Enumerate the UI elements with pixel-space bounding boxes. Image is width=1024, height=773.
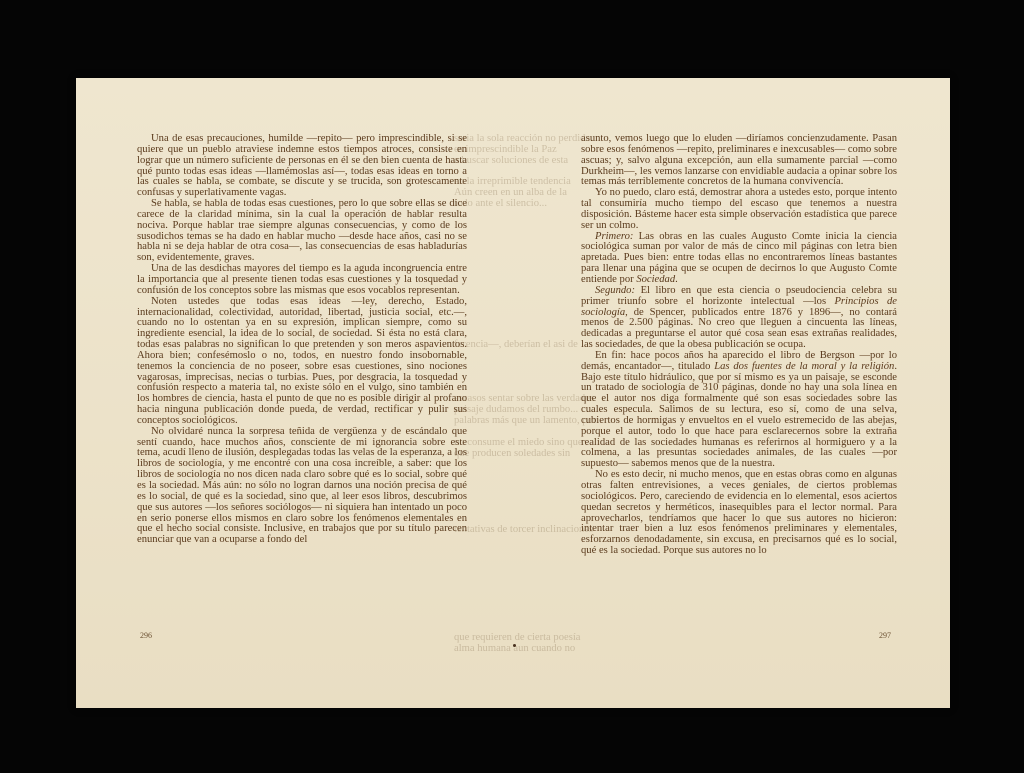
paragraph: No es esto decir, ni mucho menos, que en…: [581, 470, 897, 557]
show-through-line: que producen soledades sin: [454, 449, 570, 460]
book-spread-photo: Una de esas precauciones, humilde —repit…: [76, 78, 950, 708]
italic-title: Las dos fuentes de la moral y la religió…: [714, 361, 894, 372]
left-page-text: Una de esas precauciones, humilde —repit…: [137, 134, 467, 546]
paragraph-lead: Segundo:: [595, 285, 635, 296]
paragraph: Una de esas precauciones, humilde —repit…: [137, 134, 467, 199]
paragraph: Se habla, se habla de todas esas cuestio…: [137, 199, 467, 264]
page-number-right: 297: [879, 631, 891, 640]
show-through-line: no consume el miedo sino que: [454, 438, 583, 449]
paragraph: En fin: hace pocos años ha aparecido el …: [581, 351, 897, 470]
paragraph-tail: .: [675, 274, 678, 285]
paragraph-lead: Primero:: [595, 231, 633, 242]
right-page-text: asunto, vemos luego que lo eluden —diría…: [581, 134, 897, 557]
paragraph: Una de las desdichas mayores del tiempo …: [137, 264, 467, 297]
paragraph: Yo no puedo, claro está, demostrar ahora…: [581, 188, 897, 231]
paragraph-tail: . Bajo este título hidráulico, que por s…: [581, 361, 897, 470]
paragraph: Noten ustedes que todas esas ideas —ley,…: [137, 297, 467, 427]
paragraph: Segundo: El libro en que esta ciencia o …: [581, 286, 897, 351]
page-number-left: 296: [140, 631, 152, 640]
paragraph-tail: , de Spencer, publicados entre 1876 y 18…: [581, 307, 897, 351]
show-through-line: a buscar soluciones de esta: [454, 156, 568, 167]
paragraph: Primero: Las obras en las cuales Augusto…: [581, 232, 897, 286]
show-through-line: tentativas de torcer inclinaciones: [454, 525, 593, 536]
show-through-line: ferencia—, deberían el asi de: [454, 340, 578, 351]
show-through-line: palabras más que un lamento, por: [454, 416, 596, 427]
paragraph: asunto, vemos luego que lo eluden —diría…: [581, 134, 897, 188]
show-through-line: todo ante el silencio...: [454, 199, 547, 210]
italic-term: Sociedad: [636, 274, 675, 285]
paragraph: No olvidaré nunca la sorpresa teñida de …: [137, 427, 467, 546]
fold-mark: [513, 644, 516, 647]
